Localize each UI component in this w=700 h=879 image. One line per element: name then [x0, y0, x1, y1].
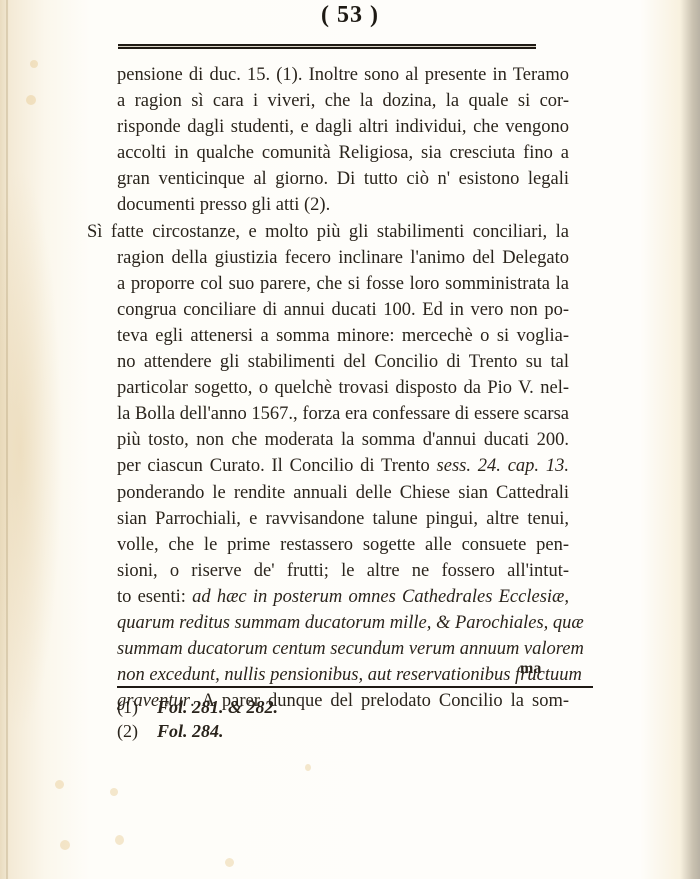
foxing-spot [115, 835, 124, 845]
foxing-spot [30, 60, 38, 68]
footnote-mark: (2) [117, 719, 141, 743]
text-line: a proporre col suo parere, che si fosse … [117, 271, 569, 297]
body-text: pensione di duc. 15. (1). Inoltre sono a… [117, 62, 569, 714]
foxing-spot [26, 95, 36, 105]
citation-italic: sess. 24. cap. 13. [437, 456, 569, 476]
text-line: pensione di duc. 15. (1). Inoltre sono a… [117, 62, 569, 88]
foxing-spot [60, 840, 70, 850]
latin-quote-line: non excedunt, nullis pensionibus, aut re… [117, 662, 569, 688]
footnote-1: (1) Fol. 281. & 282. [117, 695, 278, 719]
text-line: sian Parrochiali, e ravvisandone talune … [117, 506, 569, 532]
text-line: teva egli attenersi a somma minore: merc… [117, 323, 569, 349]
text-line-with-citation: per ciascun Curato. Il Concilio di Trent… [117, 453, 569, 479]
text-line: no attendere gli stabilimenti del Concil… [117, 349, 569, 375]
foxing-spot [110, 788, 118, 796]
text-line: gran venticinque al giorno. Di tutto ciò… [117, 166, 569, 192]
text-line: particolar sogetto, o quelchè trovasi di… [117, 375, 569, 401]
text-line: documenti presso gli atti (2). [117, 192, 569, 218]
latin-quote-line: summam ducatorum centum secundum verum a… [117, 636, 569, 662]
footnote-rule [117, 686, 593, 688]
text-line: ponderando le rendite annuali delle Chie… [117, 480, 569, 506]
foxing-spot [225, 858, 234, 867]
text-segment: per ciascun Curato. Il Concilio di Trent… [117, 456, 437, 476]
book-gutter [6, 0, 8, 879]
latin-quote: ad hæc in posterum omnes Cathedrales Ecc… [192, 587, 569, 607]
text-line: ragion della giustizia fecero inclinare … [117, 245, 569, 271]
text-line: più tosto, non che moderata la somma d'a… [117, 427, 569, 453]
text-line-with-quote: to esenti: ad hæc in posterum omnes Cath… [117, 584, 569, 610]
foxing-spot [305, 764, 311, 771]
footnote-2: (2) Fol. 284. [117, 719, 278, 743]
text-line: a ragion sì cara i viveri, che la dozina… [117, 88, 569, 114]
footnote-reference: Fol. 284. [157, 719, 224, 743]
footnote-reference: Fol. 281. & 282. [157, 695, 278, 719]
text-line: accolti in qualche comunità Religiosa, s… [117, 140, 569, 166]
paragraph-start-line: Sì fatte circostanze, e molto più gli st… [87, 219, 569, 245]
text-line: congrua conciliare di annui ducati 100. … [117, 297, 569, 323]
catchword: ma [520, 660, 541, 678]
header-double-rule [118, 44, 536, 49]
page-number: ( 53 ) [0, 2, 700, 29]
text-line: sioni, o riserve de' frutti; le altre ne… [117, 558, 569, 584]
footnote-mark: (1) [117, 695, 141, 719]
text-line: volle, che le prime restassero sogette a… [117, 532, 569, 558]
foxing-spot [55, 780, 64, 789]
latin-quote-line: quarum reditus summam ducatorum mille, &… [117, 610, 569, 636]
text-segment: to esenti: [117, 587, 192, 607]
text-line: la Bolla dell'anno 1567., forza era conf… [117, 401, 569, 427]
text-line: risponde dagli studenti, e dagli altri i… [117, 114, 569, 140]
footnotes: (1) Fol. 281. & 282. (2) Fol. 284. [117, 695, 278, 743]
